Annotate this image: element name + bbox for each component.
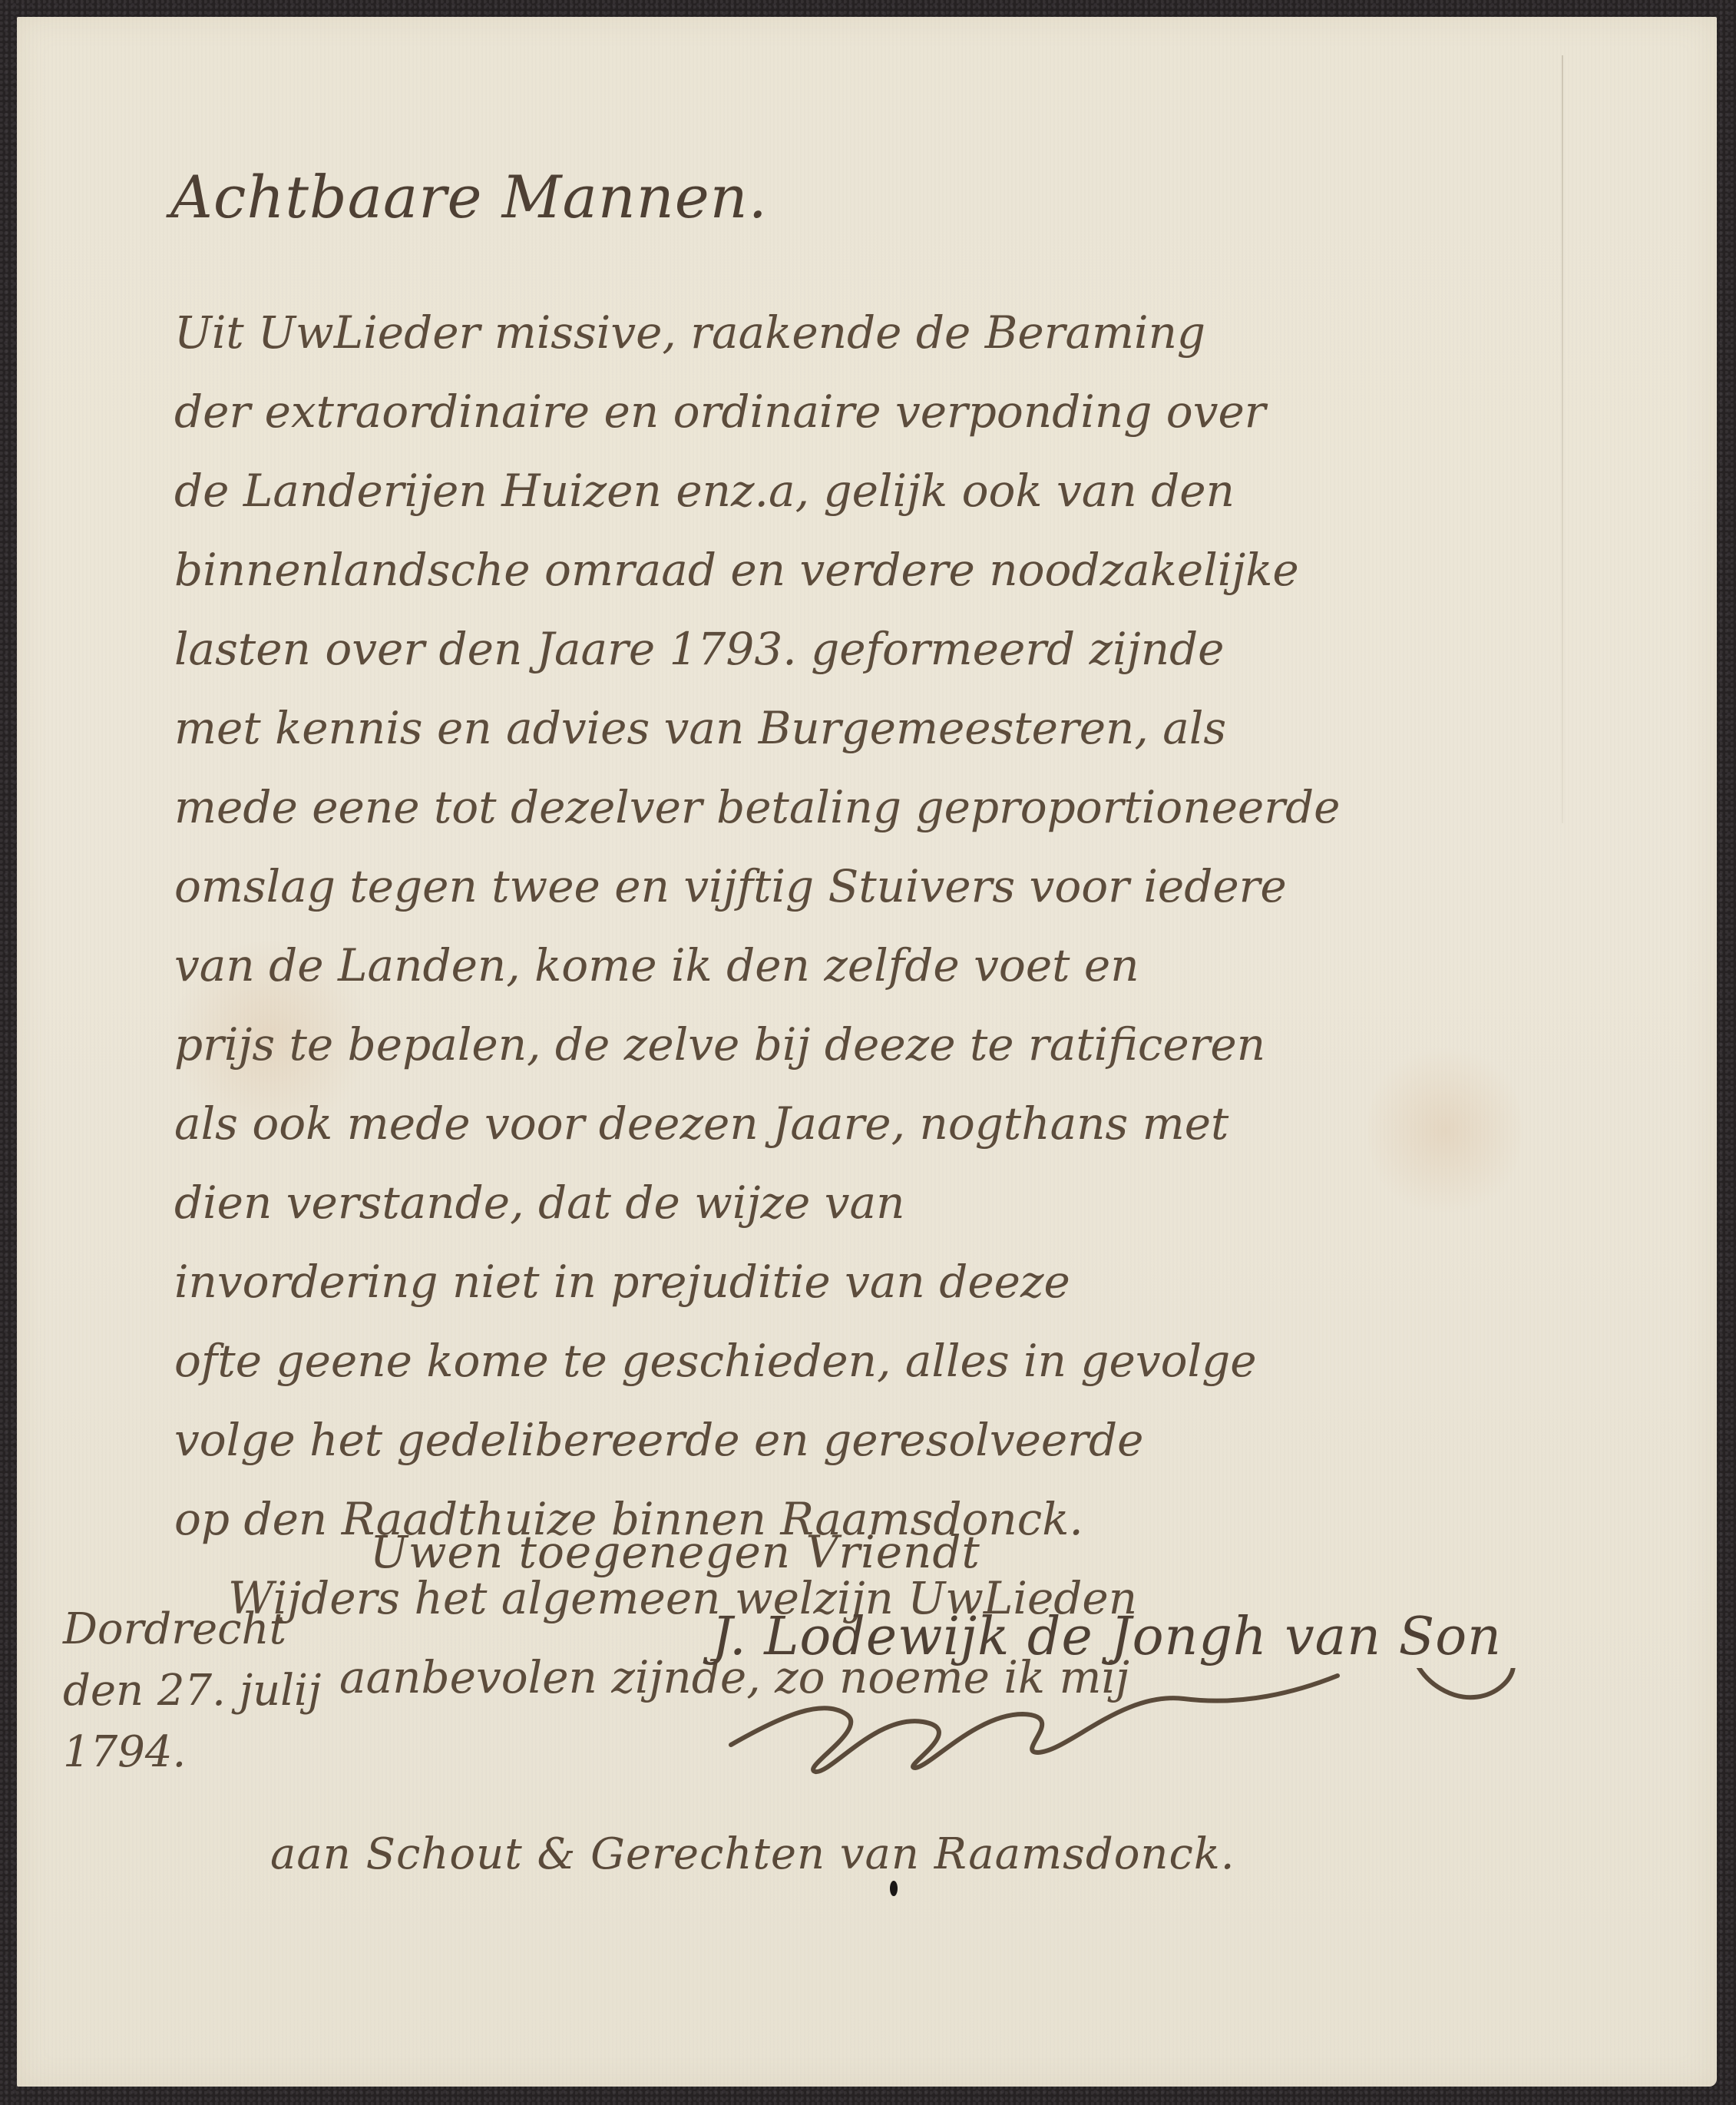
body-line: de Landerijen Huizen enz.a, gelijk ook v…: [174, 452, 1695, 531]
ink-blot: [890, 1881, 898, 1896]
body-line: ofte geene kome te geschieden, alles in …: [174, 1322, 1695, 1401]
body-line: van de Landen, kome ik den zelfde voet e…: [174, 926, 1695, 1005]
body-line: invordering niet in prejuditie van deeze: [174, 1243, 1695, 1322]
signature: J. Lodewijk de Jongh van Son: [712, 1607, 1502, 1667]
body-line: dien verstande, dat de wijze van: [174, 1163, 1695, 1243]
letter-sheet: Achtbaare Mannen. Uit UwLieder missive, …: [17, 17, 1717, 2087]
year: 1794.: [63, 1722, 321, 1783]
body-line: binnenlandsche omraad en verdere noodzak…: [174, 531, 1695, 610]
body-line: der extraordinaire en ordinaire verpondi…: [174, 372, 1695, 452]
body-line: mede eene tot dezelver betaling gepropor…: [174, 768, 1695, 847]
valediction: Uwen toegenegen Vriendt: [370, 1526, 980, 1578]
body-line: lasten over den Jaare 1793. geformeerd z…: [174, 610, 1695, 689]
body-line: Uit UwLieder missive, raakende de Berami…: [174, 293, 1695, 372]
body-line: volge het gedelibereerde en geresolveerd…: [174, 1401, 1695, 1480]
body-line: als ook mede voor deezen Jaare, nogthans…: [174, 1084, 1695, 1163]
recipient-address: aan Schout & Gerechten van Raamsdonck.: [270, 1829, 1235, 1879]
body-line: omslag tegen twee en vijftig Stuivers vo…: [174, 847, 1695, 926]
body-line: prijs te bepalen, de zelve bij deeze te …: [174, 1005, 1695, 1084]
place: Dordrecht: [63, 1599, 321, 1660]
date-line: den 27. julij: [63, 1660, 321, 1722]
salutation: Achtbaare Mannen.: [170, 163, 768, 231]
letter-body: Uit UwLieder missive, raakende de Berami…: [174, 293, 1695, 1717]
place-and-date: Dordrecht den 27. julij 1794.: [63, 1599, 321, 1783]
body-line: met kennis en advies van Burgemeesteren,…: [174, 689, 1695, 768]
signature-flourish-icon: [723, 1668, 1591, 1776]
